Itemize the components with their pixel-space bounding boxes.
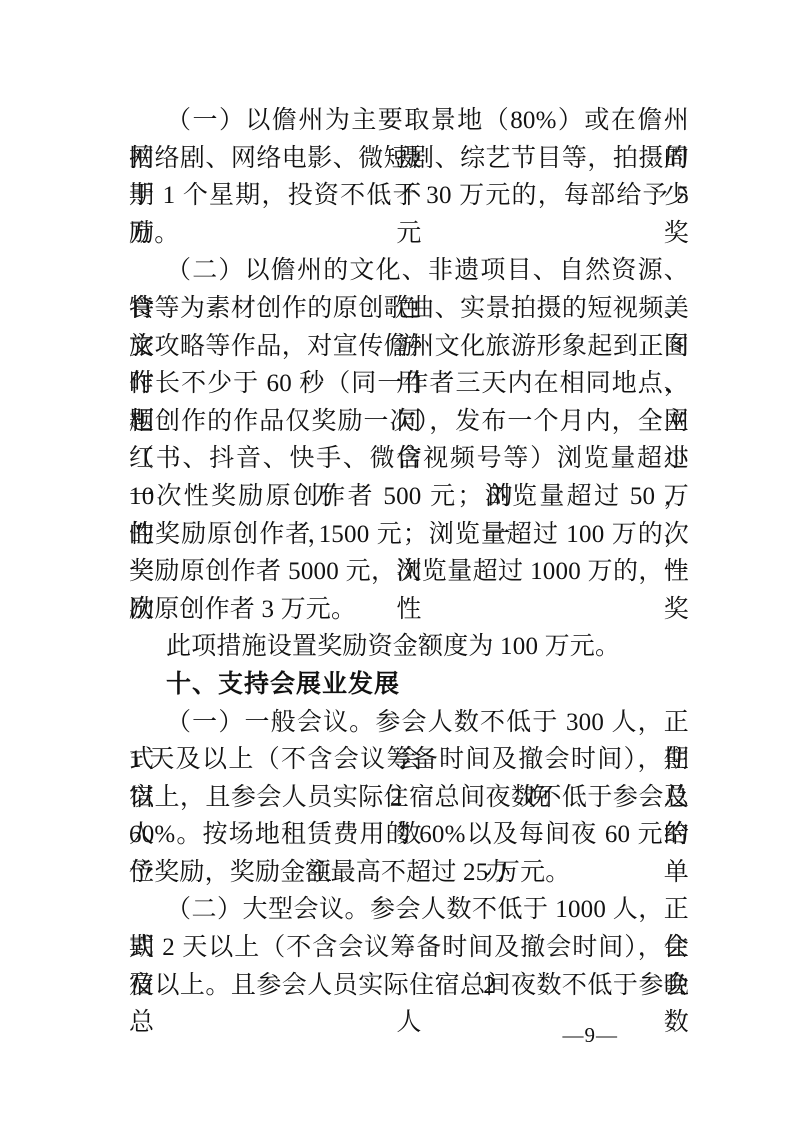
text-line: 以上，且参会人员实际住宿总间夜数不低于参会总人数的 <box>129 779 689 817</box>
text-line: 时长不少于 60 秒（同一作者三天内在相同地点、相同主 <box>129 365 689 403</box>
text-line: 食等为素材创作的原创歌曲、实景拍摄的短视频、旅游图 <box>129 290 689 328</box>
text-line: （一）以儋州为主要取景地（80%）或在儋州拍摄的 <box>129 102 689 140</box>
text-line: 文攻略等作品，对宣传儋州文化旅游形象起到正向作用， <box>129 328 689 366</box>
document-body: （一）以儋州为主要取景地（80%）或在儋州拍摄的 网络剧、网络电影、微短剧、综艺… <box>129 102 689 1004</box>
text-line: 红书、抖音、快手、微信视频号等）浏览量超过 10 万的， <box>129 440 689 478</box>
document-page: { "page": { "background": "#ffffff", "te… <box>0 0 800 1131</box>
text-line: 网络剧、网络电影、微短剧、综艺节目等，拍摄周期不少 <box>129 140 689 178</box>
text-line: 奖励原创作者 5000 元，浏览量超过 1000 万的，一次性奖 <box>129 553 689 591</box>
page-number: —9— <box>563 1023 619 1047</box>
text-line: （二）大型会议。参会人数不低于 1000 人，正式会 <box>129 891 689 929</box>
text-line: 题创作的作品仅奖励一次），发布一个月内，全网（含小 <box>129 403 689 441</box>
text-line: 于 1 个星期，投资不低于 30 万元的，每部给予 5 万元奖 <box>129 177 689 215</box>
text-line: 及以上。且参会人员实际住宿总间夜数不低于参会总人数 <box>129 967 689 1005</box>
text-line: 期 2 天以上（不含会议筹备时间及撤会时间），住宿 2 晚 <box>129 929 689 967</box>
section-heading: 十、支持会展业发展 <box>129 666 689 704</box>
text-line: 一次性奖励原创作者 500 元；浏览量超过 50 万的，一次 <box>129 478 689 516</box>
text-line: （一）一般会议。参会人数不低于 300 人，正式会期 <box>129 704 689 742</box>
text-line: 此项措施设置奖励资金额度为 100 万元。 <box>129 628 689 666</box>
text-line: 性奖励原创作者 1500 元；浏览量超过 100 万的，一次性 <box>129 516 689 554</box>
text-line: （二）以儋州的文化、非遗项目、自然资源、特色美 <box>129 252 689 290</box>
text-line: 60%。按场地租赁费用的 60%以及每间夜 60 元给予主办单 <box>129 816 689 854</box>
text-line: 1 天及以上（不含会议筹备时间及撤会时间），住宿 2 晚及 <box>129 741 689 779</box>
